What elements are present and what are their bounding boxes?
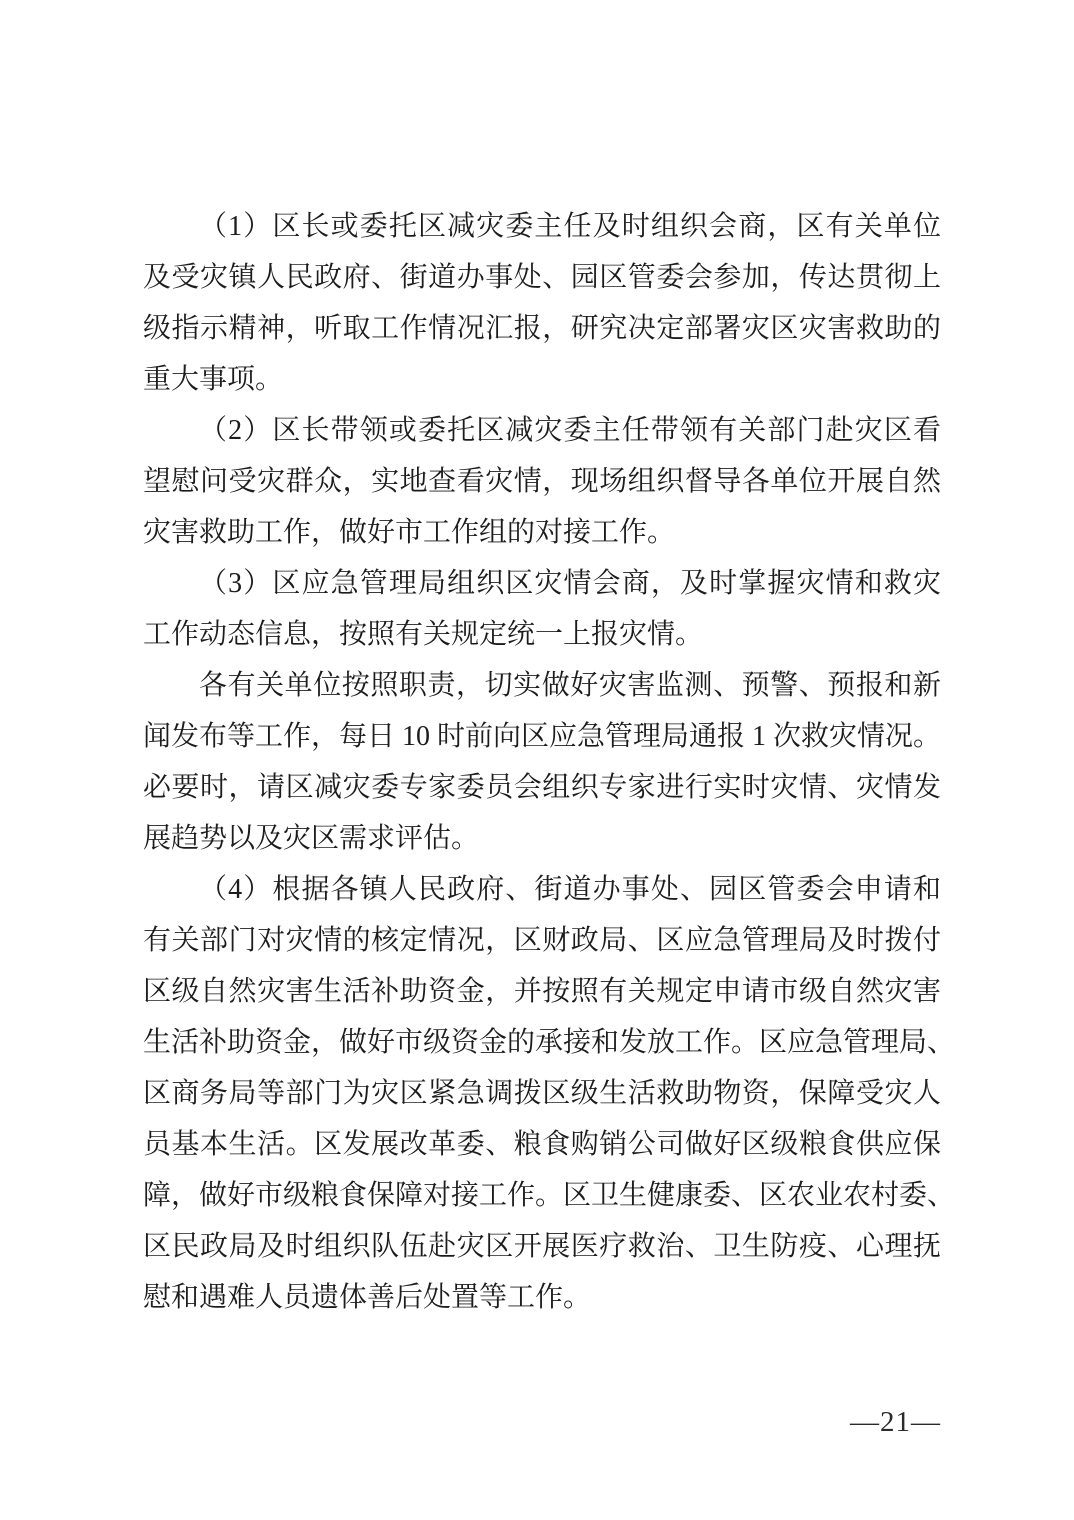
- document-body: （1）区长或委托区减灾委主任及时组织会商，区有关单位 及受灾镇人民政府、街道办事…: [143, 201, 941, 1323]
- text-line: 级指示精神，听取工作情况汇报，研究决定部署灾区灾害救助的: [143, 303, 941, 354]
- text-line: 员基本生活。区发展改革委、粮食购销公司做好区级粮食供应保: [143, 1119, 941, 1170]
- text-line: 障，做好市级粮食保障对接工作。区卫生健康委、区农业农村委、: [143, 1170, 941, 1221]
- paragraph-3: （3）区应急管理局组织区灾情会商，及时掌握灾情和救灾 工作动态信息，按照有关规定…: [143, 558, 941, 660]
- paragraph-5: （4）根据各镇人民政府、街道办事处、园区管委会申请和 有关部门对灾情的核定情况，…: [143, 864, 941, 1323]
- text-line: 重大事项。: [143, 354, 941, 405]
- text-line: （1）区长或委托区减灾委主任及时组织会商，区有关单位: [143, 201, 941, 252]
- paragraph-1: （1）区长或委托区减灾委主任及时组织会商，区有关单位 及受灾镇人民政府、街道办事…: [143, 201, 941, 405]
- text-line: 工作动态信息，按照有关规定统一上报灾情。: [143, 609, 941, 660]
- text-line: 慰和遇难人员遗体善后处置等工作。: [143, 1272, 941, 1323]
- text-line: （2）区长带领或委托区减灾委主任带领有关部门赴灾区看: [143, 405, 941, 456]
- text-line: 闻发布等工作，每日 10 时前向区应急管理局通报 1 次救灾情况。: [143, 711, 941, 762]
- text-line: 各有关单位按照职责，切实做好灾害监测、预警、预报和新: [143, 660, 941, 711]
- text-line: 必要时，请区减灾委专家委员会组织专家进行实时灾情、灾情发: [143, 762, 941, 813]
- text-line: 望慰问受灾群众，实地查看灾情，现场组织督导各单位开展自然: [143, 456, 941, 507]
- document-page: （1）区长或委托区减灾委主任及时组织会商，区有关单位 及受灾镇人民政府、街道办事…: [0, 0, 1074, 1520]
- text-line: 灾害救助工作，做好市工作组的对接工作。: [143, 507, 941, 558]
- text-line: 区级自然灾害生活补助资金，并按照有关规定申请市级自然灾害: [143, 966, 941, 1017]
- text-line: （3）区应急管理局组织区灾情会商，及时掌握灾情和救灾: [143, 558, 941, 609]
- text-line: 有关部门对灾情的核定情况，区财政局、区应急管理局及时拨付: [143, 915, 941, 966]
- text-line: 及受灾镇人民政府、街道办事处、园区管委会参加，传达贯彻上: [143, 252, 941, 303]
- text-line: 区民政局及时组织队伍赴灾区开展医疗救治、卫生防疫、心理抚: [143, 1221, 941, 1272]
- paragraph-4: 各有关单位按照职责，切实做好灾害监测、预警、预报和新 闻发布等工作，每日 10 …: [143, 660, 941, 864]
- text-line: （4）根据各镇人民政府、街道办事处、园区管委会申请和: [143, 864, 941, 915]
- page-number: —21—: [850, 1402, 941, 1442]
- text-line: 区商务局等部门为灾区紧急调拨区级生活救助物资，保障受灾人: [143, 1068, 941, 1119]
- paragraph-2: （2）区长带领或委托区减灾委主任带领有关部门赴灾区看 望慰问受灾群众，实地查看灾…: [143, 405, 941, 558]
- text-line: 展趋势以及灾区需求评估。: [143, 813, 941, 864]
- text-line: 生活补助资金，做好市级资金的承接和发放工作。区应急管理局、: [143, 1017, 941, 1068]
